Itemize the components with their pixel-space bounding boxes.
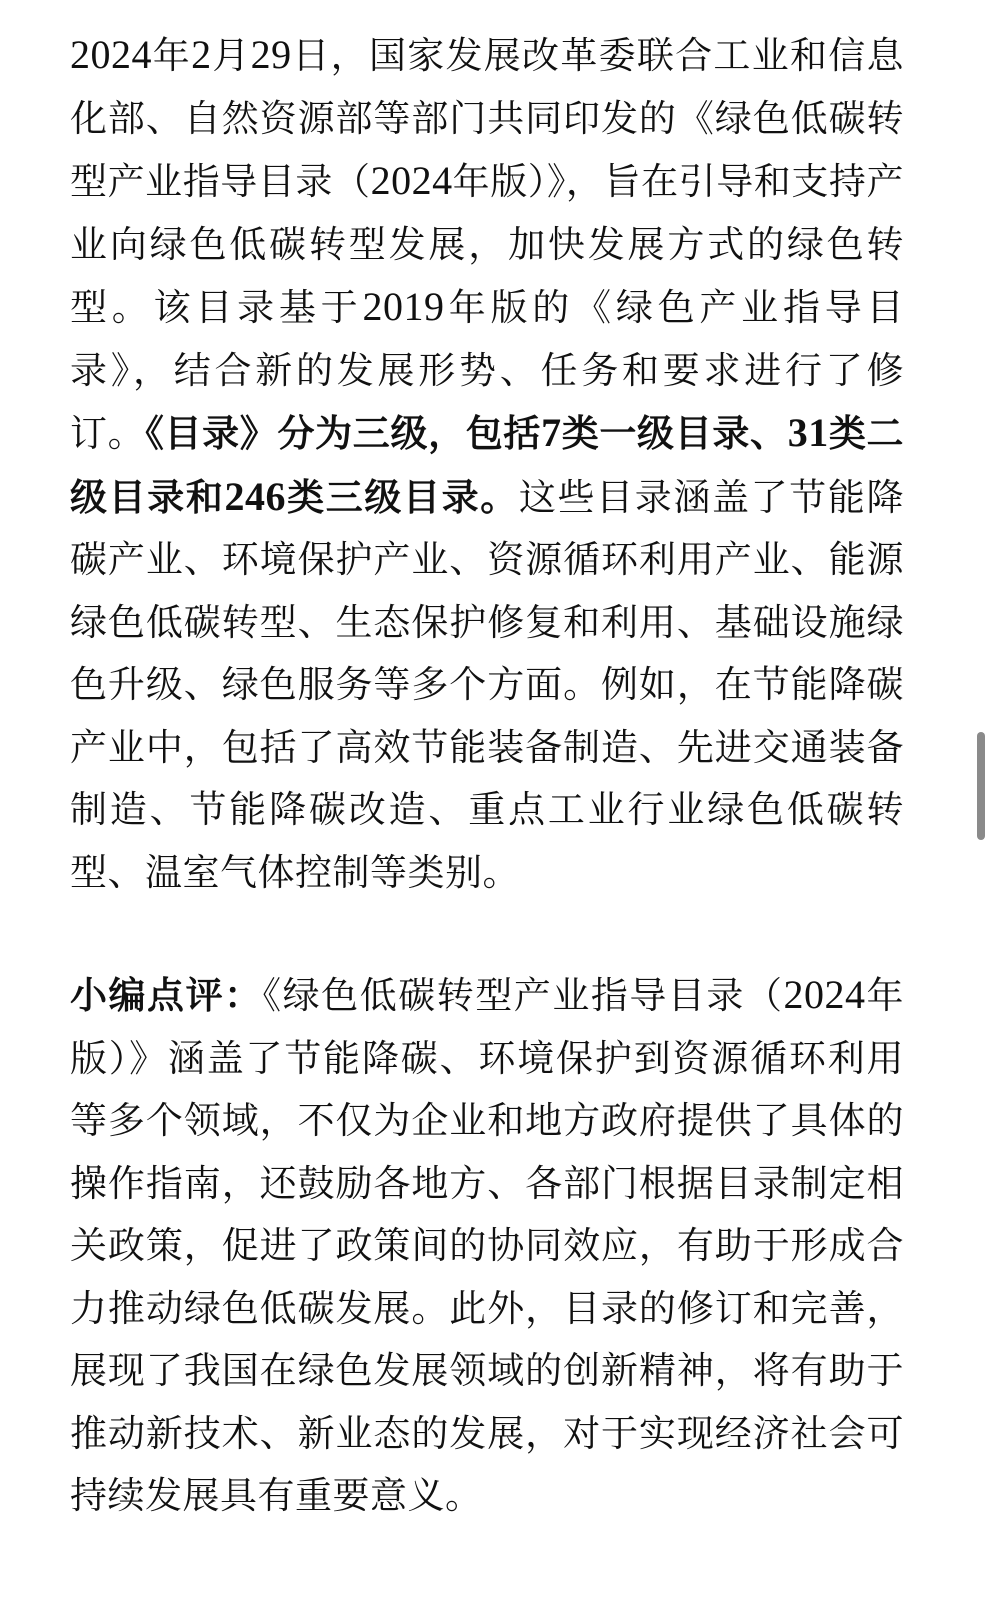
catalog-edition-year: 2024 bbox=[371, 158, 453, 203]
text-segment: 《绿色低碳转型产业指导目录（ bbox=[263, 974, 784, 1017]
paragraph-policy-summary: 2024年2月29日，国家发展改革委联合工业和信息化部、自然资源部等部门共同印发… bbox=[70, 24, 904, 904]
text-segment: 月 bbox=[212, 34, 251, 77]
text-segment: 年版）》涵盖了节能降碳、环境保护到资源循环利用等多个领域，不仅为企业和地方政府提… bbox=[70, 974, 904, 1517]
text-segment: 《目录》分为三级，包括 bbox=[145, 412, 541, 455]
text-segment: 年 bbox=[152, 34, 191, 77]
editor-comment-label: 小编点评： bbox=[70, 974, 263, 1017]
catalog-edition-year: 2024 bbox=[783, 972, 865, 1017]
paragraph-editor-comment: 小编点评：《绿色低碳转型产业指导目录（2024年版）》涵盖了节能降碳、环境保护到… bbox=[70, 964, 904, 1528]
text-segment: 这些目录涵盖了节能降碳产业、环境保护产业、资源循环利用产业、能源绿色低碳转型、生… bbox=[70, 476, 904, 894]
date-year: 2024 bbox=[70, 32, 152, 77]
level1-count: 7 bbox=[541, 410, 562, 455]
previous-edition-year: 2019 bbox=[362, 284, 444, 329]
level3-count: 246 bbox=[225, 474, 287, 519]
level2-count: 31 bbox=[788, 410, 829, 455]
text-segment: 类一级目录、 bbox=[562, 412, 788, 455]
date-day: 29 bbox=[251, 32, 292, 77]
text-segment: 类三级目录。 bbox=[286, 476, 519, 519]
vertical-scrollbar-thumb[interactable] bbox=[977, 732, 985, 840]
date-month: 2 bbox=[191, 32, 212, 77]
article-body: 2024年2月29日，国家发展改革委联合工业和信息化部、自然资源部等部门共同印发… bbox=[70, 24, 904, 1528]
